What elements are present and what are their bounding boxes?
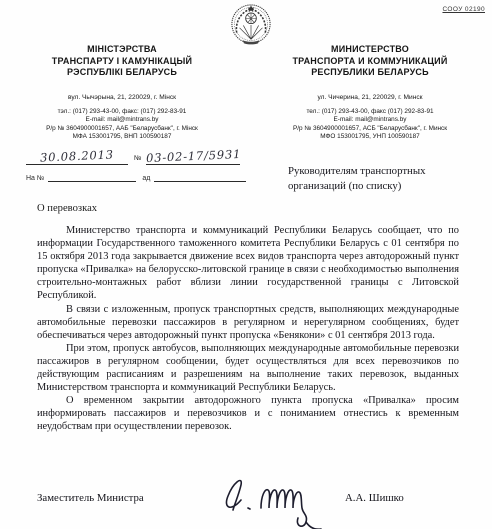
reply-from-label: ад bbox=[142, 175, 150, 182]
recipient-line: Руководителям транспортных bbox=[288, 164, 425, 179]
recipient-block: Руководителям транспортных организаций (… bbox=[288, 164, 425, 193]
address-by: вул. Чычэрына, 21, 220029, г. Мінск bbox=[6, 94, 238, 102]
contacts-by: тэл.: (017) 293-43-00, факс: (017) 292-8… bbox=[6, 108, 238, 142]
paragraph: О временном закрытии автодорожного пункт… bbox=[37, 394, 459, 433]
title-line: ТРАНСПАРТУ І КАМУНІКАЦЫЙ bbox=[6, 56, 238, 68]
outgoing-number-field: 03-02-17/5931 bbox=[146, 147, 240, 165]
reply-number-blank bbox=[48, 172, 136, 182]
bank-codes-by: МФА 153001795, ВНП 100590187 bbox=[6, 133, 238, 142]
reply-reference-line: На №ад bbox=[26, 172, 256, 182]
ministry-title-ru: МИНИСТЕРСТВО ТРАНСПОРТА И КОММУНИКАЦИЙ Р… bbox=[254, 44, 486, 79]
form-code: СООУ 02190 bbox=[442, 6, 485, 13]
phone-by: тэл.: (017) 293-43-00, факс: (017) 292-8… bbox=[6, 108, 238, 117]
number-sign-label: № bbox=[134, 155, 142, 162]
letter-subject: О перевозках bbox=[37, 203, 97, 214]
paragraph: В связи с изложенным, пропуск транспортн… bbox=[37, 303, 459, 342]
paragraph: При этом, пропуск автобусов, выполняющих… bbox=[37, 342, 459, 394]
email-ru: E-mail: mail@mintrans.by bbox=[254, 116, 486, 125]
title-line: ТРАНСПОРТА И КОММУНИКАЦИЙ bbox=[254, 56, 486, 68]
reply-to-label: На № bbox=[26, 175, 44, 182]
signer-position: Заместитель Министра bbox=[37, 492, 144, 504]
letter-body: Министерство транспорта и коммуникаций Р… bbox=[37, 224, 459, 434]
address-ru: ул. Чичерина, 21, 220029, г. Минск bbox=[254, 94, 486, 102]
ministry-title-by: МІНІСТЭРСТВА ТРАНСПАРТУ І КАМУНІКАЦЫЙ РЭ… bbox=[6, 44, 238, 79]
title-line: МИНИСТЕРСТВО bbox=[254, 44, 486, 56]
account-by: Р/р № 3604900001657, ААБ "Беларусбанк", … bbox=[6, 125, 238, 134]
handwritten-number: 03-02-17/5931 bbox=[145, 147, 241, 165]
contacts-ru: тел.: (017) 293-43-00, факс (017) 292-83… bbox=[254, 108, 486, 142]
reference-line: 30.08.2013№03-02-17/5931 bbox=[26, 147, 256, 165]
email-by: E-mail: mail@mintrans.by bbox=[6, 116, 238, 125]
recipient-line: организаций (по списку) bbox=[288, 179, 425, 194]
signature-block: Заместитель Министра А.А. Шишко bbox=[37, 492, 459, 504]
letterhead-russian: МИНИСТЕРСТВО ТРАНСПОРТА И КОММУНИКАЦИЙ Р… bbox=[254, 44, 486, 142]
phone-ru: тел.: (017) 293-43-00, факс (017) 292-83… bbox=[254, 108, 486, 117]
bank-codes-ru: МФО 153001795, УНП 100590187 bbox=[254, 133, 486, 142]
reply-date-blank bbox=[154, 172, 246, 182]
letterhead-belarusian: МІНІСТЭРСТВА ТРАНСПАРТУ І КАМУНІКАЦЫЙ РЭ… bbox=[6, 44, 238, 142]
date-field: 30.08.2013 bbox=[26, 147, 128, 165]
handwritten-signature-icon bbox=[215, 466, 365, 529]
account-ru: Р/р № 3604900001657, АСБ "Беларусбанк", … bbox=[254, 125, 486, 134]
title-line: РЭСПУБЛІКІ БЕЛАРУСЬ bbox=[6, 67, 238, 79]
signer-name: А.А. Шишко bbox=[345, 492, 404, 504]
paragraph: Министерство транспорта и коммуникаций Р… bbox=[37, 224, 459, 303]
belarus-state-emblem-icon bbox=[229, 3, 273, 45]
handwritten-date: 30.08.2013 bbox=[40, 147, 114, 164]
title-line: РЕСПУБЛИКИ БЕЛАРУСЬ bbox=[254, 67, 486, 79]
title-line: МІНІСТЭРСТВА bbox=[6, 44, 238, 56]
official-letter-scan: СООУ 02190 МІНІСТЭРСТВА ТРАНСПАРТУ І КАМ… bbox=[0, 0, 492, 529]
